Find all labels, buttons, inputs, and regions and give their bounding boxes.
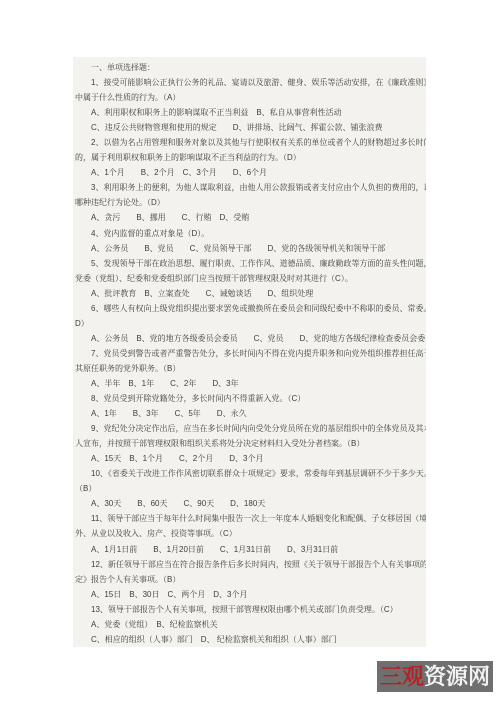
text-line: A、贪污 B、挪用 C、行贿 D、受贿 xyxy=(75,210,426,225)
text-line: A、15日 B、30日 C、两个月 D、3个月 xyxy=(75,587,426,602)
text-line: A、1月1日前 B、1月20日前 C、1月31日前 D、3月31日前 xyxy=(75,542,426,557)
text-line: A、1个月 B、2个月 C、3个月 D、6个月 xyxy=(75,165,426,180)
text-line: 5、发现领导干部在政治思想、履行职责、工作作风、道德品质、廉政勤政等方面的苗头性… xyxy=(75,256,426,271)
text-line: 8、党员受到开除党籍处分，多长时间内不得重新入党。（C） xyxy=(75,391,426,406)
page: 一、单项选择题： 1、接受可能影响公正执行公务的礼品、宴请以及旅游、健身、娱乐等… xyxy=(0,0,500,707)
text-line: 7、党员受到警告或者严重警告处分，多长时间内不得在党内提升职务和向党外组织推荐担… xyxy=(75,346,426,361)
text-line: A、公务员 B、党的地方各级委员会委员 C、党员 D、党的地方各级纪律检查委员会… xyxy=(75,331,426,346)
text-line: 外、从业以及收入、房产、投资等事项。（C） xyxy=(75,526,426,541)
watermark-text-primary: 三观 xyxy=(380,666,424,688)
text-line: A、15天 B、1个月 C、2个月 D、3个月 xyxy=(75,451,426,466)
text-line: 13、领导干部报告个人有关事项，按照干部管理权限由哪个机关或部门负责受理。（C） xyxy=(75,602,426,617)
text-line: 1、接受可能影响公正执行公务的礼品、宴请以及旅游、健身、娱乐等活动安排，在《廉政… xyxy=(75,75,426,90)
text-line: A、党委（党组） B、纪检监察机关 xyxy=(75,617,426,632)
text-line: A、30天 B、60天 C、90天 D、180天 xyxy=(75,496,426,511)
text-line: C、相应的组织（人事）部门 D、 纪检监察机关和组织（人事）部门 xyxy=(75,632,426,647)
document-lines: 一、单项选择题： 1、接受可能影响公正执行公务的礼品、宴请以及旅游、健身、娱乐等… xyxy=(75,60,426,647)
text-line: 党委（党组）、纪委和党委组织部门应当按照干部管理权限及时对其进行（C）。 xyxy=(75,271,426,286)
text-line: （B） xyxy=(75,481,426,496)
text-line: C、违反公共财物管理和使用的规定 D、讲排场、比阔气、挥霍公款、铺张浪费 xyxy=(75,120,426,135)
text-line: 4、党内监督的重点对象是（D）。 xyxy=(75,226,426,241)
text-line: 2、以借为名占用管理和服务对象以及其他与行使职权有关系的单位或者个人的财物超过多… xyxy=(75,135,426,150)
text-line: 10、《省委关于改进工作作风密切联系群众十项规定》要求，常委每年到基层调研不少于… xyxy=(75,466,426,481)
text-line: 6、哪些人有权向上级党组织提出要求罢免或撤换所在委员会和同级纪委中不称职的委员、… xyxy=(75,301,426,316)
text-line: 12、新任领导干部应当在符合报告条件后多长时间内，按照《关于领导干部报告个人有关… xyxy=(75,557,426,572)
text-line: 其原任职务的党外职务。（B） xyxy=(75,361,426,376)
text-line: 的，属于利用职权和职务上的影响谋取不正当利益的行为。（D） xyxy=(75,150,426,165)
text-line: 11、领导干部应当于每年什么时间集中报告一次上一年度本人婚姻变化和配偶、子女移居… xyxy=(75,511,426,526)
text-line: 人宣布，并按照干部管理权限和组织关系将处分决定材料归入受处分者档案。（B） xyxy=(75,436,426,451)
document-scan: 一、单项选择题： 1、接受可能影响公正执行公务的礼品、宴请以及旅游、健身、娱乐等… xyxy=(73,57,426,647)
text-line: A、1年 B、3年 C、5年 D、永久 xyxy=(75,406,426,421)
text-line: 哪种违纪行为论处。（D） xyxy=(75,195,426,210)
watermark-logo: 三观资源网 xyxy=(377,661,493,692)
text-line: 一、单项选择题： xyxy=(75,60,426,75)
text-line: 9、党纪处分决定作出后，应当在多长时间内向受处分党员所在党的基层组织中的全体党员… xyxy=(75,421,426,436)
text-line: A、公务员 B、党员 C、党员领导干部 D、党的各级领导机关和领导干部 xyxy=(75,241,426,256)
text-line: 3、利用职务上的便利，为他人谋取利益，由他人用公款报销或者支付应由个人负担的费用… xyxy=(75,180,426,195)
watermark-text-secondary: 资源网 xyxy=(424,666,490,688)
text-line: A、利用职权和职务上的影响谋取不正当利益 B、私自从事营利性活动 xyxy=(75,105,426,120)
text-line: D） xyxy=(75,316,426,331)
text-line: A、批评教育 B、立案查处 C、诫勉谈话 D、组织处理 xyxy=(75,286,426,301)
text-line: 定》报告个人有关事项。（B） xyxy=(75,572,426,587)
text-line: A、半年 B、1年 C、2年 D、3年 xyxy=(75,376,426,391)
text-line: 中属于什么性质的行为。（A） xyxy=(75,90,426,105)
